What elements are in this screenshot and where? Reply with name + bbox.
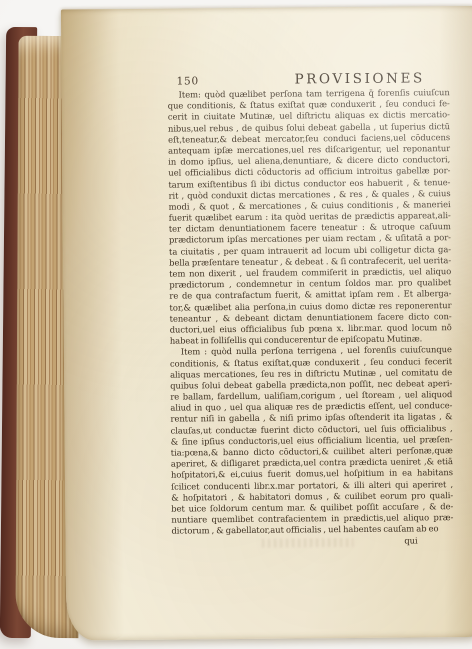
book-page: 150 PROVISIONES Item: quòd quælibet perſ… (61, 6, 472, 641)
page-number: 150 (176, 75, 199, 87)
running-header: 150 PROVISIONES (167, 70, 449, 89)
book-photo: 150 PROVISIONES Item: quòd quælibet perſ… (0, 0, 472, 649)
paragraph-2: Item : quòd nulla perſona terrigena , ue… (170, 344, 454, 537)
show-through-smudge (262, 538, 354, 548)
text-block: 150 PROVISIONES Item: quòd quælibet perſ… (167, 70, 453, 548)
paragraph-1: Item: quòd quælibet perſona tam terrigen… (168, 87, 452, 347)
catchword: qui (404, 535, 417, 545)
gutter-shadow (61, 9, 125, 640)
running-title: PROVISIONES (294, 70, 424, 87)
body-text: Item: quòd quælibet perſona tam terrigen… (168, 87, 454, 548)
